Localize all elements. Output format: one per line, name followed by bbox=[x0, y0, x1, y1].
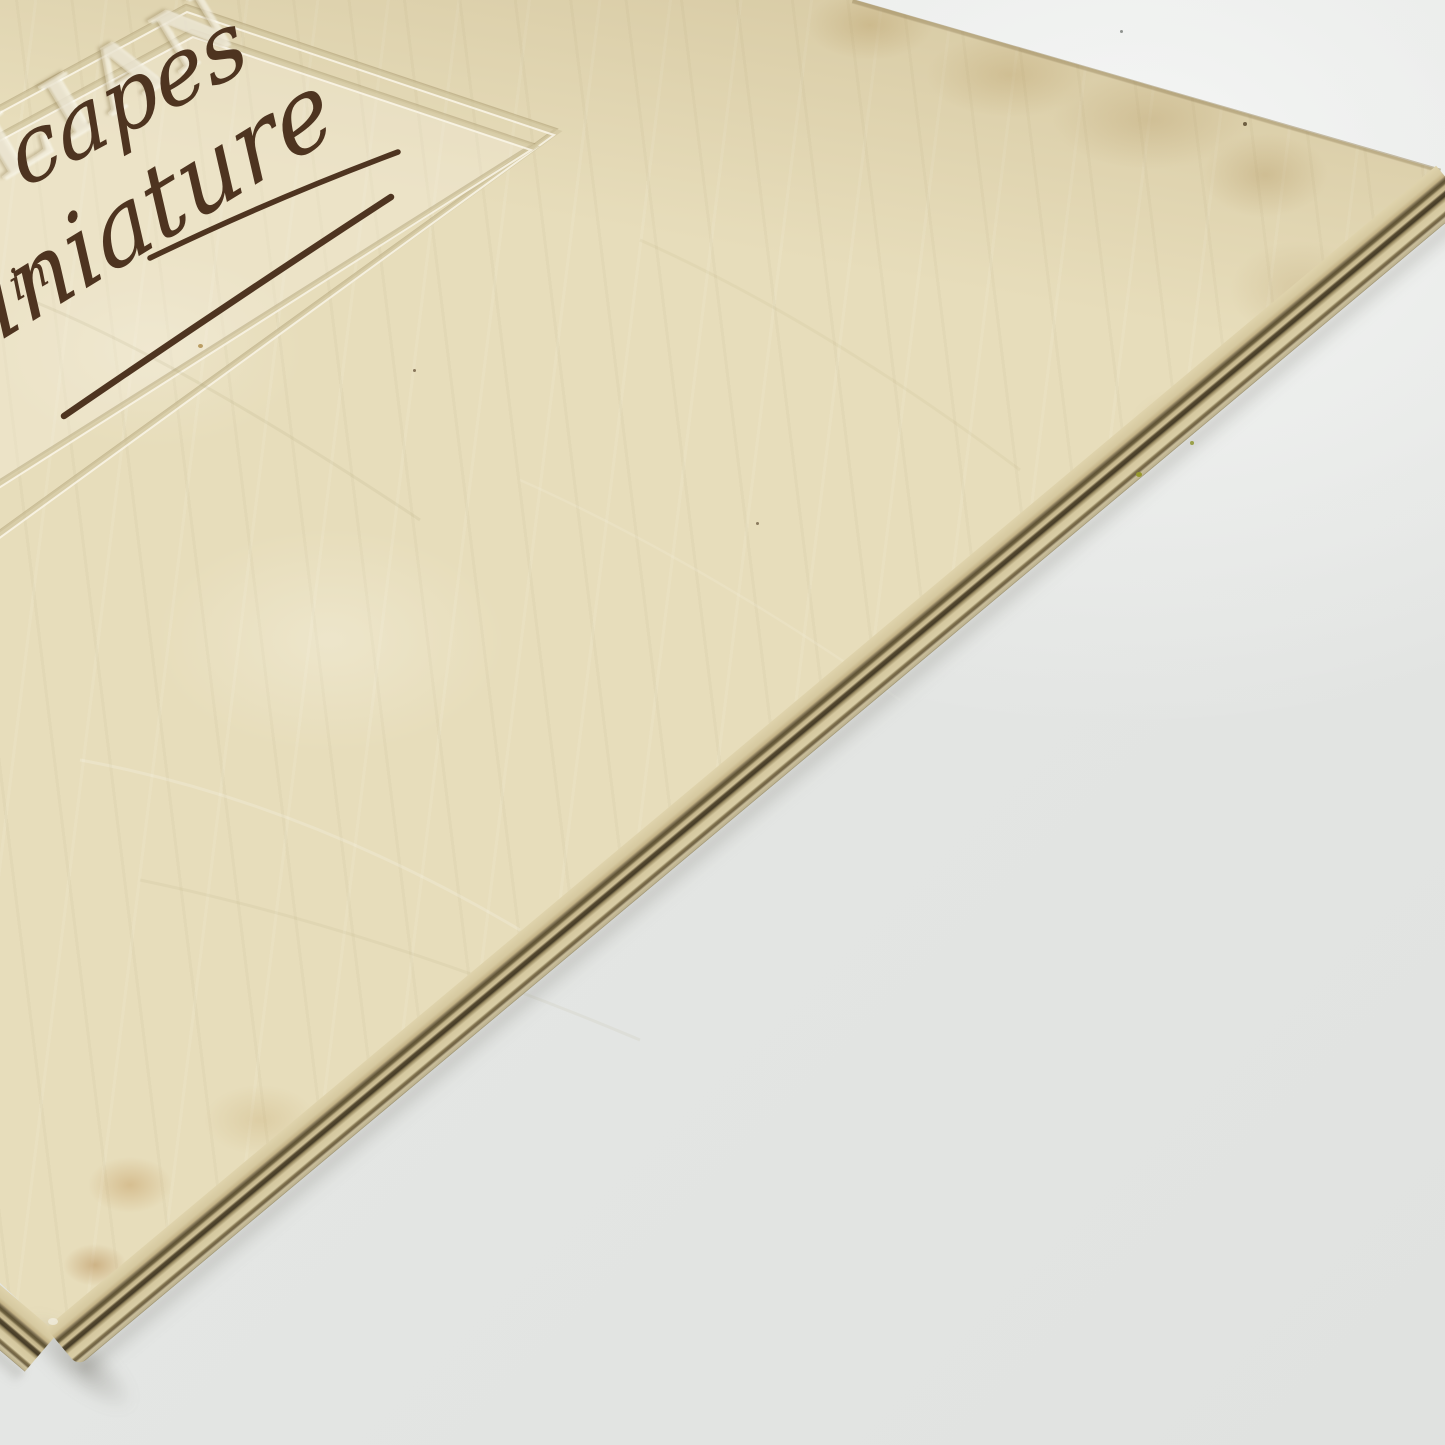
green-speck bbox=[1190, 441, 1194, 445]
dust-speck bbox=[1120, 30, 1123, 33]
green-speck bbox=[1136, 472, 1142, 477]
foxing-dot bbox=[756, 522, 759, 525]
foxing-dot bbox=[413, 369, 416, 372]
foxing-dot bbox=[1243, 122, 1247, 126]
photo-scene: LIAN capes in Miniature bbox=[0, 0, 1445, 1445]
stain-dot bbox=[198, 344, 203, 348]
worn-corner-fray bbox=[48, 1318, 58, 1325]
